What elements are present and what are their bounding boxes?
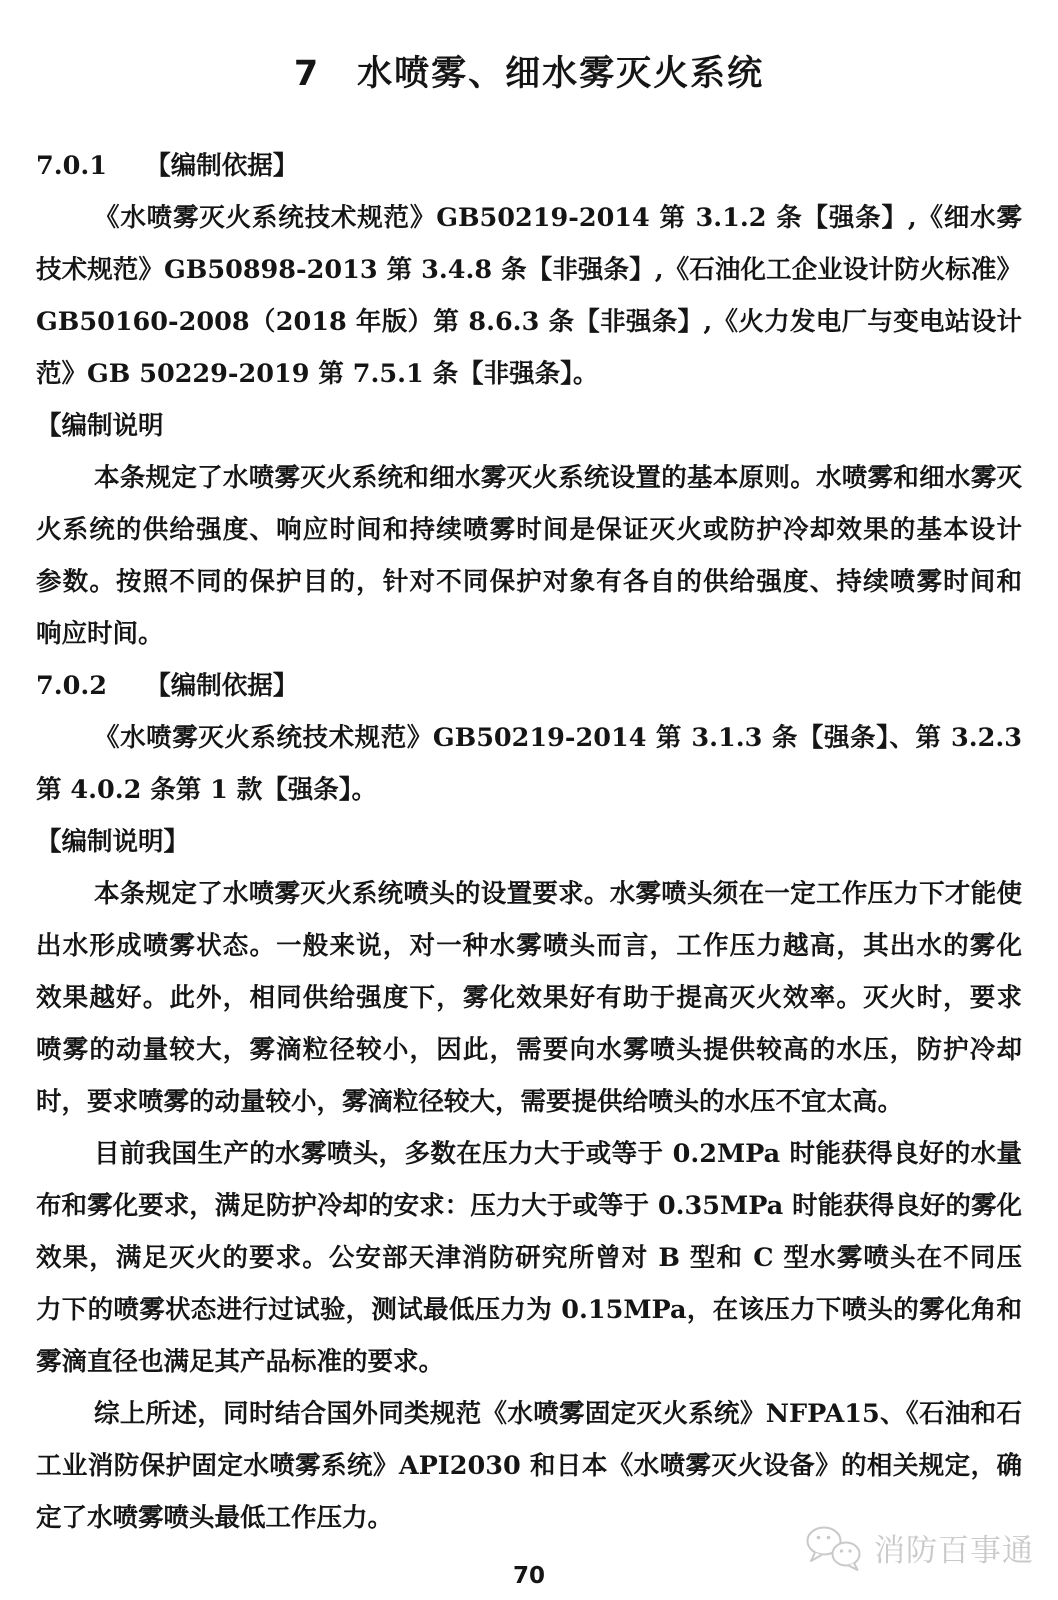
paragraph-line: 参数。按照不同的保护目的，针对不同保护对象有各自的供给强度、持续喷雾时间和 <box>36 556 1022 608</box>
paragraph-line: 本条规定了水喷雾灭火系统和细水雾灭火系统设置的基本原则。水喷雾和细水雾灭 <box>36 452 1022 504</box>
paragraph-line: 目前我国生产的水雾喷头，多数在压力大于或等于 0.2MPa 时能获得良好的水量分 <box>36 1128 1022 1180</box>
paragraph-line: 效果，满足灭火的要求。公安部天津消防研究所曾对 B 型和 C 型水雾喷头在不同压 <box>36 1232 1022 1284</box>
paragraph-line: 雾滴直径也满足其产品标准的要求。 <box>36 1336 1022 1388</box>
document-body: 7.0.1 【编制依据】《水喷雾灭火系统技术规范》GB50219-2014 第 … <box>36 140 1022 1544</box>
paragraph-line: 综上所述，同时结合国外同类规范《水喷雾固定灭火系统》NFPA15、《石油和石化 <box>36 1388 1022 1440</box>
watermark: 消防百事通 <box>802 1524 1034 1578</box>
paragraph-line: 《水喷雾灭火系统技术规范》GB50219-2014 第 3.1.2 条【强条】,… <box>36 192 1022 244</box>
paragraph-line: 火系统的供给强度、响应时间和持续喷雾时间是保证灭火或防护冷却效果的基本设计 <box>36 504 1022 556</box>
bracket-label: 【编制说明】 <box>36 816 1022 868</box>
paragraph-line: 工业消防保护固定水喷雾系统》API2030 和日本《水喷雾灭火设备》的相关规定，… <box>36 1440 1022 1492</box>
paragraph-line: 本条规定了水喷雾灭火系统喷头的设置要求。水雾喷头须在一定工作压力下才能使 <box>36 868 1022 920</box>
paragraph-line: 布和雾化要求，满足防护冷却的安求：压力大于或等于 0.35MPa 时能获得良好的… <box>36 1180 1022 1232</box>
paragraph-line: 力下的喷雾状态进行过试验，测试最低压力为 0.15MPa，在该压力下喷头的雾化角… <box>36 1284 1022 1336</box>
page-title: 7 水喷雾、细水雾灭火系统 <box>0 52 1058 96</box>
paragraph-line: 技术规范》GB50898-2013 第 3.4.8 条【非强条】,《石油化工企业… <box>36 244 1022 296</box>
section-heading: 7.0.2 【编制依据】 <box>36 660 1022 712</box>
paragraph-line: 范》GB 50229-2019 第 7.5.1 条【非强条】。 <box>36 348 1022 400</box>
paragraph-line: GB50160-2008（2018 年版）第 8.6.3 条【非强条】,《火力发… <box>36 296 1022 348</box>
paragraph-line: 第 4.0.2 条第 1 款【强条】。 <box>36 764 1022 816</box>
paragraph-line: 喷雾的动量较大，雾滴粒径较小，因此，需要向水雾喷头提供较高的水压，防护冷却 <box>36 1024 1022 1076</box>
document-page: 7 水喷雾、细水雾灭火系统 7.0.1 【编制依据】《水喷雾灭火系统技术规范》G… <box>0 0 1058 1600</box>
paragraph-line: 出水形成喷雾状态。一般来说，对一种水雾喷头而言，工作压力越高，其出水的雾化 <box>36 920 1022 972</box>
wechat-icon <box>802 1524 866 1578</box>
paragraph-line: 时，要求喷雾的动量较小，雾滴粒径较大，需要提供给喷头的水压不宜太高。 <box>36 1076 1022 1128</box>
paragraph-line: 响应时间。 <box>36 608 1022 660</box>
bracket-label: 【编制说明 <box>36 400 1022 452</box>
paragraph-line: 《水喷雾灭火系统技术规范》GB50219-2014 第 3.1.3 条【强条】、… <box>36 712 1022 764</box>
section-heading: 7.0.1 【编制依据】 <box>36 140 1022 192</box>
watermark-text: 消防百事通 <box>874 1527 1034 1575</box>
paragraph-line: 效果越好。此外，相同供给强度下，雾化效果好有助于提高灭火效率。灭火时，要求 <box>36 972 1022 1024</box>
